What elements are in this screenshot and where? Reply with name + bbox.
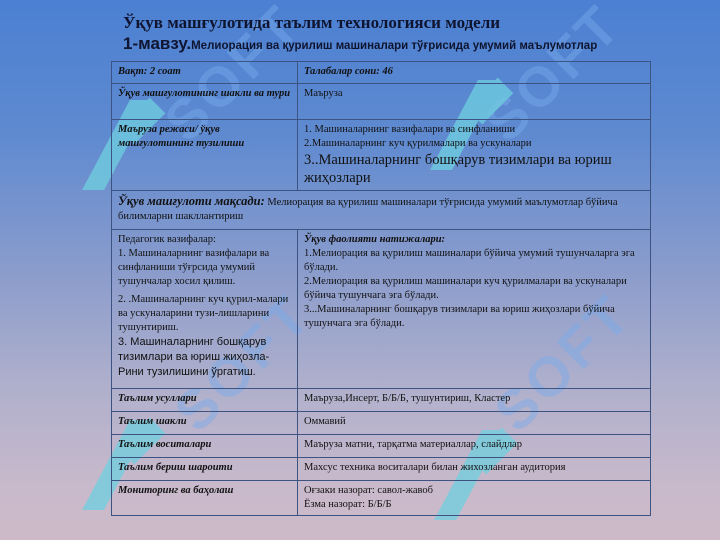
- monitoring-label: Мониторинг ва баҳолаш: [112, 481, 298, 516]
- purpose-label: Ўқув машғулоти мақсади:: [118, 194, 265, 208]
- purpose-cell: Ўқув машғулоти мақсади: Мелиорация ва қу…: [112, 191, 651, 230]
- slide-header: Ўқув машғулотида таълим технологияси мод…: [123, 12, 597, 56]
- table-row-plan: Маъруза режаси/ ўқув машғулотининг тузил…: [112, 120, 651, 191]
- result-item: 3...Машиналарнинг бошқарув тизимлари ва …: [304, 303, 644, 331]
- table-row: Таълим бериш шароити Махсус техника воси…: [112, 458, 651, 481]
- table-row-monitoring: Мониторинг ва баҳолаш Оғзаки назорат: са…: [112, 481, 651, 516]
- table-row: Таълим воситалари Маъруза матни, тарқатм…: [112, 435, 651, 458]
- topic-number: 1-мавзу.: [123, 34, 191, 53]
- time-cell: Вақт: 2 соат: [112, 62, 298, 84]
- row-label: Таълим усуллари: [112, 389, 298, 412]
- slide-title: Ўқув машғулотида таълим технологияси мод…: [123, 12, 597, 34]
- form-value: Маъруза: [298, 84, 651, 120]
- plan-value: 1. Машиналарнинг вазифалари ва синфланиш…: [298, 120, 651, 191]
- pedagogical-tasks-cell: Педагогик вазифалар: 1. Машиналарнинг ва…: [112, 230, 298, 389]
- topic-title: Мелиорация ва қурилиш машиналари тўғриси…: [191, 40, 597, 52]
- plan-label: Маъруза режаси/ ўқув машғулотининг тузил…: [112, 120, 298, 191]
- row-value: Махсус техника воситалари билан жихозлан…: [298, 458, 651, 481]
- monitoring-item: Оғзаки назорат: савол-жавоб: [304, 484, 644, 498]
- task-item: 3. Машиналарнинг бошқарув тизимлари ва ю…: [118, 335, 291, 380]
- row-label: Таълим бериш шароити: [112, 458, 298, 481]
- table-row-purpose: Ўқув машғулоти мақсади: Мелиорация ва қу…: [112, 191, 651, 230]
- row-label: Таълим воситалари: [112, 435, 298, 458]
- plan-item: 1. Машиналарнинг вазифалари ва синфланиш…: [304, 123, 644, 137]
- row-value: Маъруза матни, тарқатма материаллар, сла…: [298, 435, 651, 458]
- table-row: Таълим усуллари Маъруза,Инсерт, Б/Б/Б, т…: [112, 389, 651, 412]
- results-heading: Ўқув фаолияти натижалари:: [304, 233, 644, 247]
- monitoring-value: Оғзаки назорат: савол-жавоб Ёзма назорат…: [298, 481, 651, 516]
- result-item: 1.Мелиорация ва қурилиш машиналари бўйич…: [304, 247, 644, 275]
- students-cell: Талабалар сони: 46: [298, 62, 651, 84]
- table-row-form: Ўқув машғулотининг шакли ва тури Маъруза: [112, 84, 651, 120]
- task-item: 1. Машиналарнинг вазифалари ва синфланиш…: [118, 247, 291, 289]
- topic-line: 1-мавзу.Мелиорация ва қурилиш машиналари…: [123, 34, 597, 56]
- row-value: Оммавий: [298, 412, 651, 435]
- table-row-tasks: Педагогик вазифалар: 1. Машиналарнинг ва…: [112, 230, 651, 389]
- task-item: 2. .Машиналарнинг куч қурил-малари ва ус…: [118, 293, 291, 335]
- plan-item: 3..Машиналарнинг бошқарув тизимлари ва ю…: [304, 151, 644, 187]
- tasks-heading: Педагогик вазифалар:: [118, 233, 291, 247]
- technology-model-table: Вақт: 2 соат Талабалар сони: 46 Ўқув маш…: [111, 61, 651, 516]
- result-item: 2.Мелиорация ва қурилиш машиналари куч қ…: [304, 275, 644, 303]
- row-value: Маъруза,Инсерт, Б/Б/Б, тушунтириш, Класт…: [298, 389, 651, 412]
- monitoring-item: Ёзма назорат: Б/Б/Б: [304, 498, 644, 512]
- row-label: Таълим шакли: [112, 412, 298, 435]
- form-label: Ўқув машғулотининг шакли ва тури: [112, 84, 298, 120]
- table-row: Таълим шакли Оммавий: [112, 412, 651, 435]
- plan-item: 2.Машиналарнинг куч қурилмалари ва ускун…: [304, 137, 644, 151]
- table-row-time: Вақт: 2 соат Талабалар сони: 46: [112, 62, 651, 84]
- learning-results-cell: Ўқув фаолияти натижалари: 1.Мелиорация в…: [298, 230, 651, 389]
